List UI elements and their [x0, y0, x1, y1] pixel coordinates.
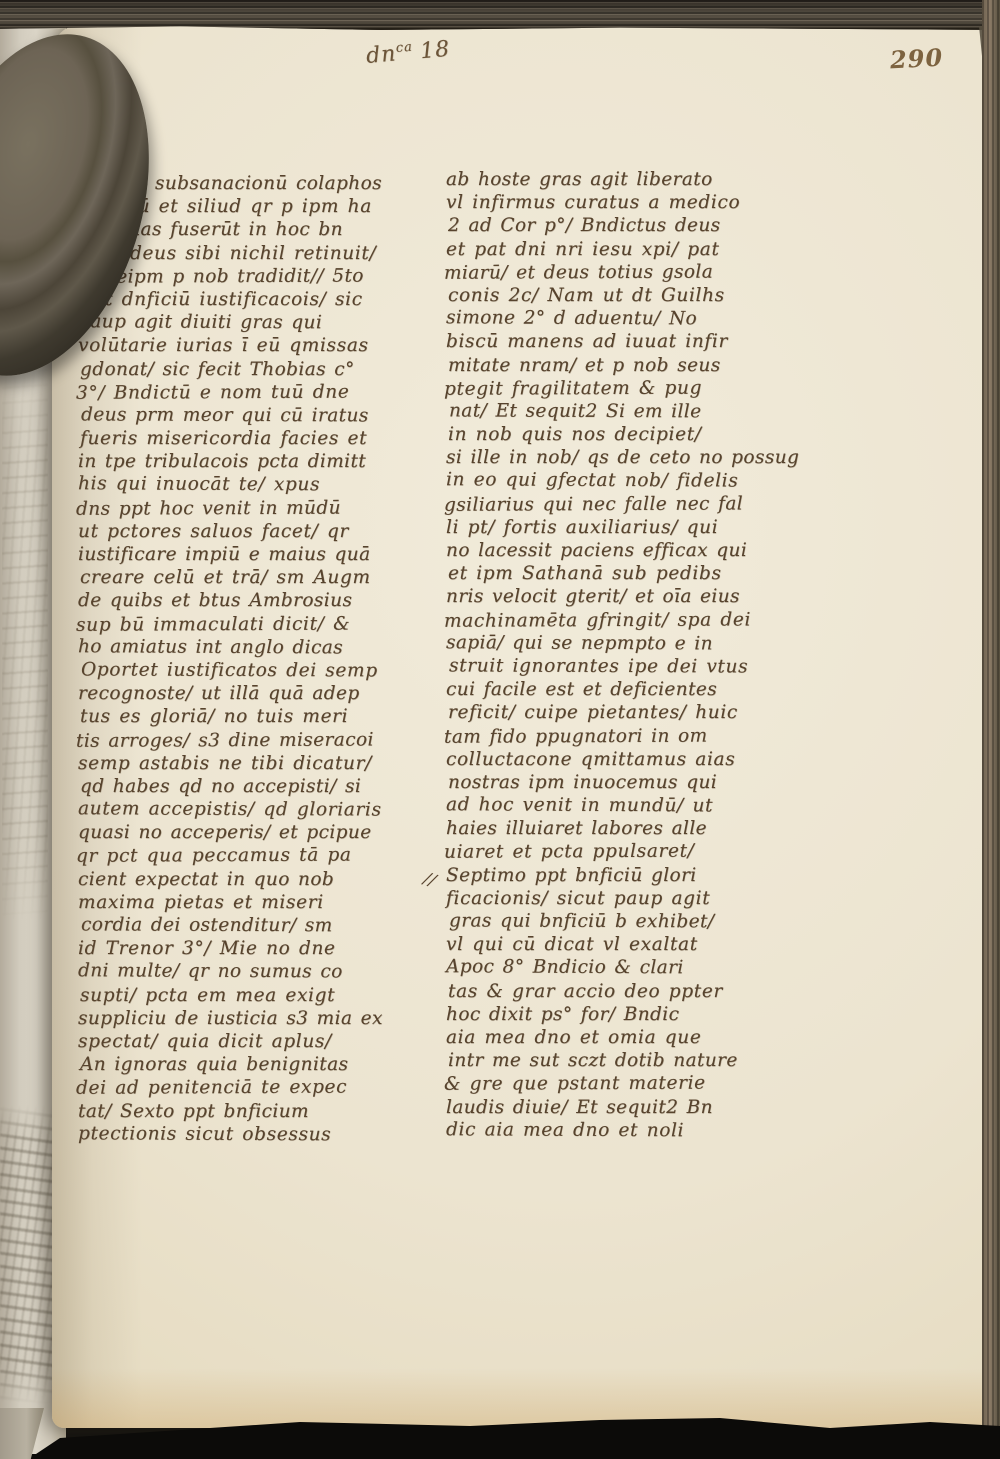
manuscript-line: qr pct qua peccamus tā pa	[76, 844, 432, 869]
manuscript-line: machinamēta gfringit/ spa dei	[444, 608, 788, 633]
manuscript-line: sup bū immaculati dicit/ &	[76, 612, 432, 637]
manuscript-line: 2 ad Cor p°/ Bndictus deus	[448, 214, 792, 237]
running-header-number: 18	[419, 37, 451, 65]
manuscript-line: s3 seipm p nob tradidit// 5to	[76, 264, 432, 289]
manuscript-line: ficacionis/ sicut paup agit	[446, 887, 790, 910]
manuscript-line: aia mea dno et omia que	[446, 1026, 790, 1049]
manuscript-line: de quibs et btus Ambrosius	[78, 589, 434, 612]
manuscript-line: volūtarie iurias ī eū qmissas	[78, 334, 434, 357]
manuscript-line: vl qui cū dicat vl exaltat	[446, 933, 790, 956]
manuscript-line: laudis diuie/ Et sequit2 Bn	[446, 1096, 790, 1119]
manuscript-line: recognoste/ ut illā quā adep	[78, 682, 434, 705]
folio-number: 290	[889, 43, 944, 75]
manuscript-line: hoc dixit ps° for/ Bndic	[446, 1003, 790, 1026]
manuscript-line: ho amiatus int anglo dicas	[78, 635, 434, 660]
manuscript-line: ab hoste gras agit liberato	[446, 168, 790, 191]
manuscript-line: conis 2c/ Nam ut dt Guilhs	[448, 284, 792, 307]
text-column-left: soitorū subsanacionū colaphosflauorū et …	[78, 172, 434, 1146]
running-header-superscript: ca	[395, 40, 413, 56]
manuscript-line: qd habes qd no accepisti/ si	[80, 775, 436, 798]
manuscript-line: ad hoc venit in mundū/ ut	[446, 793, 790, 818]
manuscript-line: his qui inuocāt te/ xpus	[78, 473, 434, 498]
manuscript-line: creare celū et trā/ sm Augm	[80, 566, 436, 589]
manuscript-line: tat/ Sexto ppt bnficium	[78, 1100, 434, 1123]
manuscript-line: Apoc 8° Bndicio & clari	[446, 956, 790, 981]
manuscript-line: si ille in nob/ qs de ceto no possug	[446, 446, 790, 469]
manuscript-line: simone 2° d aduentu/ No	[446, 306, 790, 331]
manuscript-line: haies illuiaret labores alle	[446, 817, 790, 840]
manuscript-line: & gre que pstant materie	[444, 1072, 788, 1097]
manuscript-line: biscū manens ad iuuat infir	[446, 330, 790, 353]
manuscript-line: iustificare impiū e maius quā	[78, 543, 434, 566]
manuscript-line: tus es gloriā/ no tuis meri	[80, 705, 436, 728]
manuscript-line: quasi no acceperis/ et pcipue	[78, 821, 434, 844]
manuscript-line: ptectionis sicut obsessus	[78, 1122, 434, 1147]
manuscript-line: autem accepistis/ qd gloriaris	[78, 797, 434, 822]
manuscript-line: id Trenor 3°/ Mie no dne	[78, 937, 434, 960]
manuscript-line: et ipm Sathanā sub pedibs	[448, 562, 792, 585]
manuscript-line: gsiliarius qui nec falle nec fal	[444, 492, 788, 517]
manuscript-line: cordia dei ostenditur/ sm	[81, 913, 437, 937]
manuscript-line: struit ignorantes ipe dei vtus	[449, 654, 793, 678]
manuscript-line: sapiā/ qui se nepmpto e in	[446, 631, 790, 656]
manuscript-line: paup agit diuiti gras qui	[78, 310, 434, 335]
manuscript-line: nostras ipm inuocemus qui	[448, 771, 792, 794]
manuscript-line: dei ad penitenciā te expec	[76, 1076, 432, 1101]
manuscript-line: li pt/ fortis auxiliarius/ qui	[446, 516, 790, 539]
manuscript-photo: dnca18 290 soitorū subsanacionū colaphos…	[0, 0, 1000, 1459]
manuscript-line: Septimo ppt bnficiū glori	[446, 864, 790, 887]
showthrough-text-upper	[2, 364, 48, 924]
manuscript-line: ppt dnficiū iustificacois/ sic	[80, 288, 436, 311]
manuscript-page: dnca18 290 soitorū subsanacionū colaphos…	[52, 24, 986, 1428]
book-cover-top-edge	[0, 0, 1000, 30]
manuscript-line: spectat/ quia dicit aplus/	[78, 1030, 434, 1053]
manuscript-line: tas & grar accio deo ppter	[448, 980, 792, 1003]
manuscript-line: deus prm meor qui cū iratus	[81, 403, 437, 427]
manuscript-line: gras qui bnficiū b exhibet/	[449, 909, 793, 933]
manuscript-line: tam fido ppugnatori in om	[444, 724, 788, 749]
manuscript-line: ptegit fragilitatem & pug	[444, 376, 788, 401]
text-column-right: ab hoste gras agit liberatovl infirmus c…	[446, 168, 790, 1142]
manuscript-line: maxima pietas et miseri	[78, 891, 434, 914]
manuscript-line: dic aia mea dno et noli	[446, 1118, 790, 1143]
manuscript-line: 3°/ Bndictū e nom tuū dne	[76, 380, 432, 405]
manuscript-line: colluctacone qmittamus aias	[446, 748, 790, 771]
manuscript-line: An ignoras quia benignitas	[80, 1053, 436, 1076]
manuscript-line: cient expectat in quo nob	[78, 868, 434, 891]
manuscript-line: suppliciu de iusticia s3 mia ex	[78, 1007, 434, 1030]
manuscript-line: miarū/ et deus totius gsola	[444, 260, 788, 285]
manuscript-line: et pat dni nri iesu xpi/ pat	[446, 238, 790, 261]
manuscript-line: gdonat/ sic fecit Thobias c°	[80, 358, 436, 381]
manuscript-line: Oportet iustificatos dei semp	[81, 658, 437, 682]
book-cover-right-edge	[982, 0, 1000, 1459]
showthrough-text-lower	[0, 1104, 58, 1404]
manuscript-line: nat/ Et sequit2 Si em ille	[449, 399, 793, 423]
manuscript-line: cui facile est et deficientes	[446, 678, 790, 701]
manuscript-line: reficit/ cuipe pietantes/ huic	[448, 701, 792, 724]
manuscript-line: mitate nram/ et p nob seus	[448, 354, 792, 377]
manuscript-line: ut pctores saluos facet/ qr	[78, 520, 434, 543]
manuscript-line: intr me sut sczt dotib nature	[448, 1049, 792, 1072]
manuscript-line: uiaret et pcta ppulsaret/	[444, 840, 788, 865]
running-header-abbrev: dn	[365, 41, 397, 69]
running-header: dnca18	[365, 36, 451, 69]
manuscript-line: in tpe tribulacois pcta dimitt	[78, 450, 434, 473]
manuscript-line: fueris misericordia facies et	[80, 427, 436, 450]
manuscript-line: vl infirmus curatus a medico	[446, 191, 790, 214]
manuscript-line: no lacessit paciens efficax qui	[446, 539, 790, 562]
manuscript-line: nris velocit gterit/ et oīa eius	[446, 585, 790, 608]
manuscript-line: tis arroges/ s3 dine miseracoi	[76, 728, 432, 753]
manuscript-line: dni multe/ qr no sumus co	[78, 960, 434, 985]
manuscript-line: supti/ pcta em mea exigt	[80, 984, 436, 1007]
manuscript-line: in nob quis nos decipiet/	[448, 423, 792, 446]
manuscript-line: semp astabis ne tibi dicatur/	[78, 752, 434, 775]
manuscript-line: in eo qui gfectat nob/ fidelis	[446, 469, 790, 494]
manuscript-line: dns ppt hoc venit in mūdū	[76, 496, 432, 521]
